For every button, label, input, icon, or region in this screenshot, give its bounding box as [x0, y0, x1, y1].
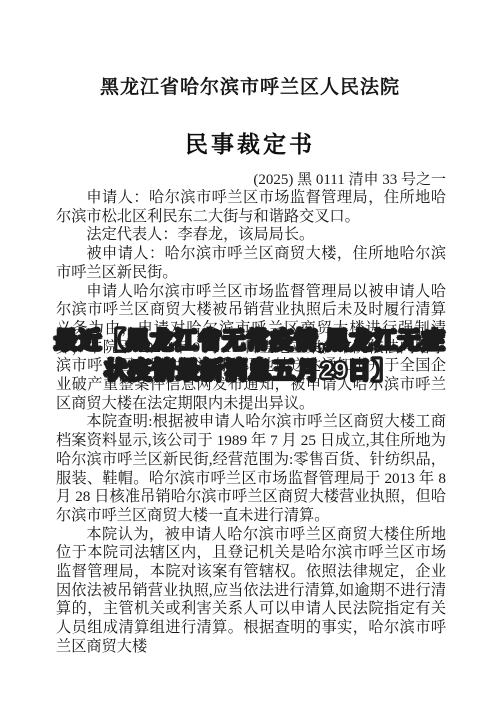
spam-overlay-text: 最近【黑龙江省无常疫情,黑龙江无症 状疫情最新消息五月29日】 — [0, 325, 500, 385]
body-paragraph: 本院查明:根据被申请人哈尔滨市呼兰区商贸大楼工商档案资料显示,该公司于 1989… — [56, 413, 446, 525]
body-paragraph: 申请人：哈尔滨市呼兰区市场监督管理局，住所地哈尔滨市松北区利民东二大街与和谐路交… — [56, 189, 446, 226]
document-body: 申请人：哈尔滨市呼兰区市场监督管理局，住所地哈尔滨市松北区利民东二大街与和谐路交… — [56, 189, 446, 657]
spam-overlay-line-1: 最近【黑龙江省无常疫情,黑龙江无症 — [0, 325, 500, 355]
body-paragraph: 本院认为，被申请人哈尔滨市呼兰区商贸大楼住所地位于本院司法辖区内，且登记机关是哈… — [56, 526, 446, 657]
spam-overlay-line-2: 状疫情最新消息五月29日】 — [0, 355, 500, 385]
body-paragraph: 法定代表人：李春龙，该局局长。 — [56, 226, 446, 245]
case-number: (2025) 黑 0111 清申 33 号之一 — [56, 168, 446, 189]
document-title: 民事裁定书 — [0, 126, 500, 159]
body-paragraph: 被申请人：哈尔滨市呼兰区商贸大楼，住所地哈尔滨市呼兰区新民街。 — [56, 245, 446, 282]
court-name: 黑龙江省哈尔滨市呼兰区人民法院 — [0, 72, 500, 99]
document-page: 黑龙江省哈尔滨市呼兰区人民法院 民事裁定书 (2025) 黑 0111 清申 3… — [0, 0, 500, 706]
